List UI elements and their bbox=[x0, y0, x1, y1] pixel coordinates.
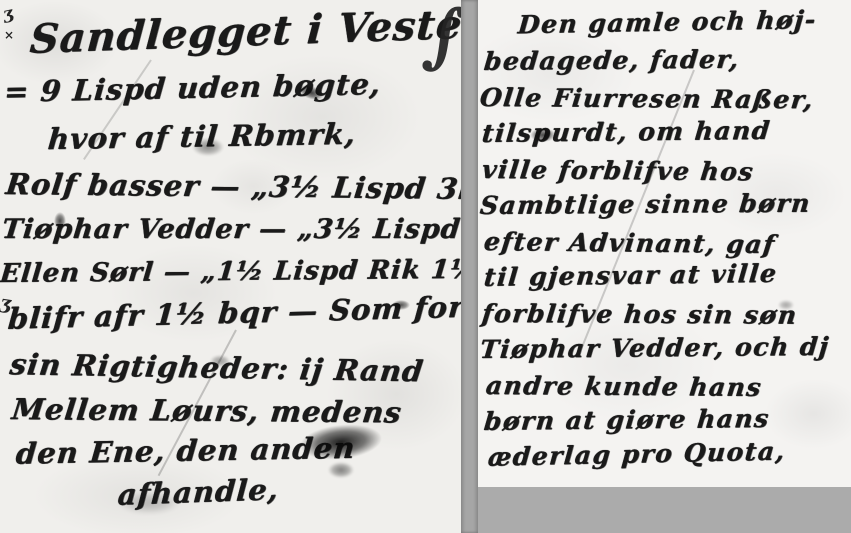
ink-blot bbox=[530, 128, 556, 142]
manuscript-line: bedagede, fader, bbox=[478, 41, 851, 80]
manuscript-line: Tiøphar Vedder — „3½ Lispd 3bq bbox=[0, 207, 461, 252]
pen-flourish: ∫ bbox=[420, 0, 461, 79]
manuscript-line: Sambtlige sinne børn bbox=[478, 185, 851, 224]
manuscript-line: hvor af til Rbmrk, bbox=[0, 110, 461, 162]
ink-smudge bbox=[328, 462, 354, 478]
left-page: Sandlegget i Vester = 9 Lispd uden bøgte… bbox=[0, 0, 461, 533]
manuscript-line: = 9 Lispd uden bøgte, bbox=[0, 60, 461, 118]
scanner-background bbox=[478, 487, 851, 533]
right-page-text: Den gamle och høj- bedagede, fader, Olle… bbox=[478, 0, 851, 476]
left-page-text: Sandlegget i Vester = 9 Lispd uden bøgte… bbox=[0, 0, 461, 519]
manuscript-line: Rolf basser — „3½ Lispd 3bq bbox=[0, 162, 461, 212]
manuscript-line: æderlag pro Quota, bbox=[478, 432, 851, 476]
ink-blot bbox=[392, 300, 410, 310]
stray-mark: × bbox=[4, 28, 14, 42]
manuscript-line: Sandlegget i Vester bbox=[0, 0, 461, 70]
right-page: Den gamle och høj- bedagede, fader, Olle… bbox=[478, 0, 851, 487]
ink-smudge bbox=[192, 138, 224, 156]
manuscript-line: til gjensvar at ville bbox=[478, 255, 851, 296]
manuscript-line: Den gamle och høj- bbox=[478, 1, 851, 44]
ink-smudge bbox=[778, 300, 794, 310]
ink-blot bbox=[54, 212, 66, 230]
manuscript-scan: Sandlegget i Vester = 9 Lispd uden bøgte… bbox=[0, 0, 851, 533]
manuscript-line: Tiøphar Vedder, och dj bbox=[478, 329, 851, 368]
ink-smudge bbox=[118, 492, 180, 514]
page-gutter bbox=[461, 0, 478, 533]
